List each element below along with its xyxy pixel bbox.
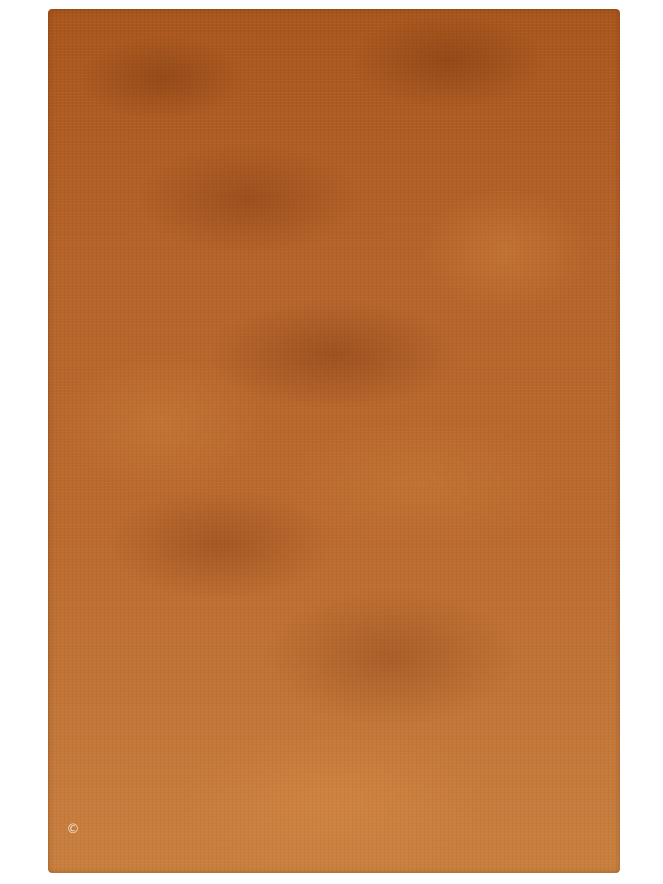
copyright-icon: © [66, 823, 80, 837]
rug-product-image [48, 9, 620, 873]
